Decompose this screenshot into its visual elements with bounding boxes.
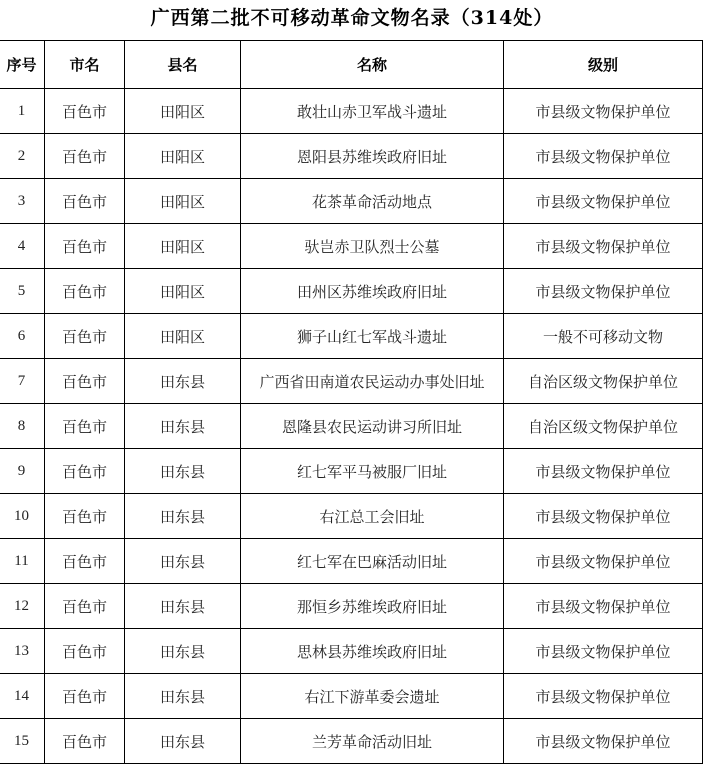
header-level: 级别: [504, 41, 703, 89]
cell-county: 田阳区: [125, 179, 241, 224]
cell-county: 田东县: [125, 449, 241, 494]
header-row: 序号 市名 县名 名称 级别: [0, 41, 703, 89]
cell-level: 市县级文物保护单位: [504, 494, 703, 539]
cell-county: 田东县: [125, 539, 241, 584]
table-row: 5 百色市 田阳区 田州区苏维埃政府旧址 市县级文物保护单位: [0, 269, 703, 314]
cell-city: 百色市: [45, 539, 125, 584]
cell-city: 百色市: [45, 89, 125, 134]
cell-city: 百色市: [45, 179, 125, 224]
cell-level: 市县级文物保护单位: [504, 584, 703, 629]
cell-level: 自治区级文物保护单位: [504, 404, 703, 449]
table-row: 13 百色市 田东县 思林县苏维埃政府旧址 市县级文物保护单位: [0, 629, 703, 674]
cell-city: 百色市: [45, 359, 125, 404]
cell-index: 2: [0, 134, 45, 179]
table-header: 序号 市名 县名 名称 级别: [0, 41, 703, 89]
cell-index: 12: [0, 584, 45, 629]
cell-level: 市县级文物保护单位: [504, 719, 703, 764]
cell-name: 田州区苏维埃政府旧址: [241, 269, 504, 314]
cell-county: 田阳区: [125, 314, 241, 359]
cell-city: 百色市: [45, 584, 125, 629]
cell-county: 田东县: [125, 629, 241, 674]
cell-name: 红七军在巴麻活动旧址: [241, 539, 504, 584]
table-row: 8 百色市 田东县 恩隆县农民运动讲习所旧址 自治区级文物保护单位: [0, 404, 703, 449]
cell-city: 百色市: [45, 404, 125, 449]
table-row: 12 百色市 田东县 那恒乡苏维埃政府旧址 市县级文物保护单位: [0, 584, 703, 629]
header-name: 名称: [241, 41, 504, 89]
cell-city: 百色市: [45, 494, 125, 539]
table-body: 1 百色市 田阳区 敢壮山赤卫军战斗遗址 市县级文物保护单位 2 百色市 田阳区…: [0, 89, 703, 764]
page-title: 广西第二批不可移动革命文物名录（314处）: [0, 4, 704, 32]
table-row: 2 百色市 田阳区 恩阳县苏维埃政府旧址 市县级文物保护单位: [0, 134, 703, 179]
cell-index: 3: [0, 179, 45, 224]
table-row: 6 百色市 田阳区 狮子山红七军战斗遗址 一般不可移动文物: [0, 314, 703, 359]
table-row: 7 百色市 田东县 广西省田南道农民运动办事处旧址 自治区级文物保护单位: [0, 359, 703, 404]
cell-index: 6: [0, 314, 45, 359]
cell-level: 市县级文物保护单位: [504, 269, 703, 314]
table-row: 1 百色市 田阳区 敢壮山赤卫军战斗遗址 市县级文物保护单位: [0, 89, 703, 134]
cell-county: 田阳区: [125, 89, 241, 134]
cell-level: 市县级文物保护单位: [504, 134, 703, 179]
cell-name: 那恒乡苏维埃政府旧址: [241, 584, 504, 629]
cell-county: 田东县: [125, 404, 241, 449]
cell-level: 市县级文物保护单位: [504, 179, 703, 224]
cell-index: 5: [0, 269, 45, 314]
table-row: 10 百色市 田东县 右江总工会旧址 市县级文物保护单位: [0, 494, 703, 539]
cell-county: 田东县: [125, 584, 241, 629]
cell-county: 田东县: [125, 494, 241, 539]
cell-name: 思林县苏维埃政府旧址: [241, 629, 504, 674]
cell-county: 田阳区: [125, 134, 241, 179]
cell-name: 广西省田南道农民运动办事处旧址: [241, 359, 504, 404]
cell-name: 恩隆县农民运动讲习所旧址: [241, 404, 504, 449]
cell-county: 田东县: [125, 719, 241, 764]
header-county: 县名: [125, 41, 241, 89]
cell-level: 市县级文物保护单位: [504, 539, 703, 584]
cell-county: 田东县: [125, 674, 241, 719]
cell-index: 15: [0, 719, 45, 764]
cell-level: 市县级文物保护单位: [504, 449, 703, 494]
cell-level: 一般不可移动文物: [504, 314, 703, 359]
header-city: 市名: [45, 41, 125, 89]
cell-level: 市县级文物保护单位: [504, 674, 703, 719]
cell-index: 14: [0, 674, 45, 719]
cell-name: 恩阳县苏维埃政府旧址: [241, 134, 504, 179]
cell-name: 狮子山红七军战斗遗址: [241, 314, 504, 359]
cell-city: 百色市: [45, 224, 125, 269]
cell-county: 田阳区: [125, 269, 241, 314]
cell-index: 8: [0, 404, 45, 449]
cell-level: 自治区级文物保护单位: [504, 359, 703, 404]
cell-index: 9: [0, 449, 45, 494]
cell-city: 百色市: [45, 449, 125, 494]
cell-county: 田东县: [125, 359, 241, 404]
cell-county: 田阳区: [125, 224, 241, 269]
cell-name: 敢壮山赤卫军战斗遗址: [241, 89, 504, 134]
cell-city: 百色市: [45, 314, 125, 359]
table-row: 14 百色市 田东县 右江下游革委会遗址 市县级文物保护单位: [0, 674, 703, 719]
cell-index: 7: [0, 359, 45, 404]
cell-index: 10: [0, 494, 45, 539]
cell-city: 百色市: [45, 629, 125, 674]
cell-name: 右江下游革委会遗址: [241, 674, 504, 719]
table-row: 11 百色市 田东县 红七军在巴麻活动旧址 市县级文物保护单位: [0, 539, 703, 584]
cell-city: 百色市: [45, 134, 125, 179]
cell-level: 市县级文物保护单位: [504, 224, 703, 269]
cell-index: 13: [0, 629, 45, 674]
cell-level: 市县级文物保护单位: [504, 629, 703, 674]
cell-city: 百色市: [45, 719, 125, 764]
cell-city: 百色市: [45, 269, 125, 314]
cell-name: 兰芳革命活动旧址: [241, 719, 504, 764]
relic-list-table: 序号 市名 县名 名称 级别 1 百色市 田阳区 敢壮山赤卫军战斗遗址 市县级文…: [0, 40, 703, 764]
cell-level: 市县级文物保护单位: [504, 89, 703, 134]
cell-index: 11: [0, 539, 45, 584]
cell-name: 红七军平马被服厂旧址: [241, 449, 504, 494]
cell-index: 4: [0, 224, 45, 269]
table-row: 3 百色市 田阳区 花茶革命活动地点 市县级文物保护单位: [0, 179, 703, 224]
cell-name: 驮岂赤卫队烈士公墓: [241, 224, 504, 269]
header-index: 序号: [0, 41, 45, 89]
cell-city: 百色市: [45, 674, 125, 719]
table-row: 15 百色市 田东县 兰芳革命活动旧址 市县级文物保护单位: [0, 719, 703, 764]
cell-name: 右江总工会旧址: [241, 494, 504, 539]
table-row: 9 百色市 田东县 红七军平马被服厂旧址 市县级文物保护单位: [0, 449, 703, 494]
table-row: 4 百色市 田阳区 驮岂赤卫队烈士公墓 市县级文物保护单位: [0, 224, 703, 269]
cell-index: 1: [0, 89, 45, 134]
cell-name: 花茶革命活动地点: [241, 179, 504, 224]
